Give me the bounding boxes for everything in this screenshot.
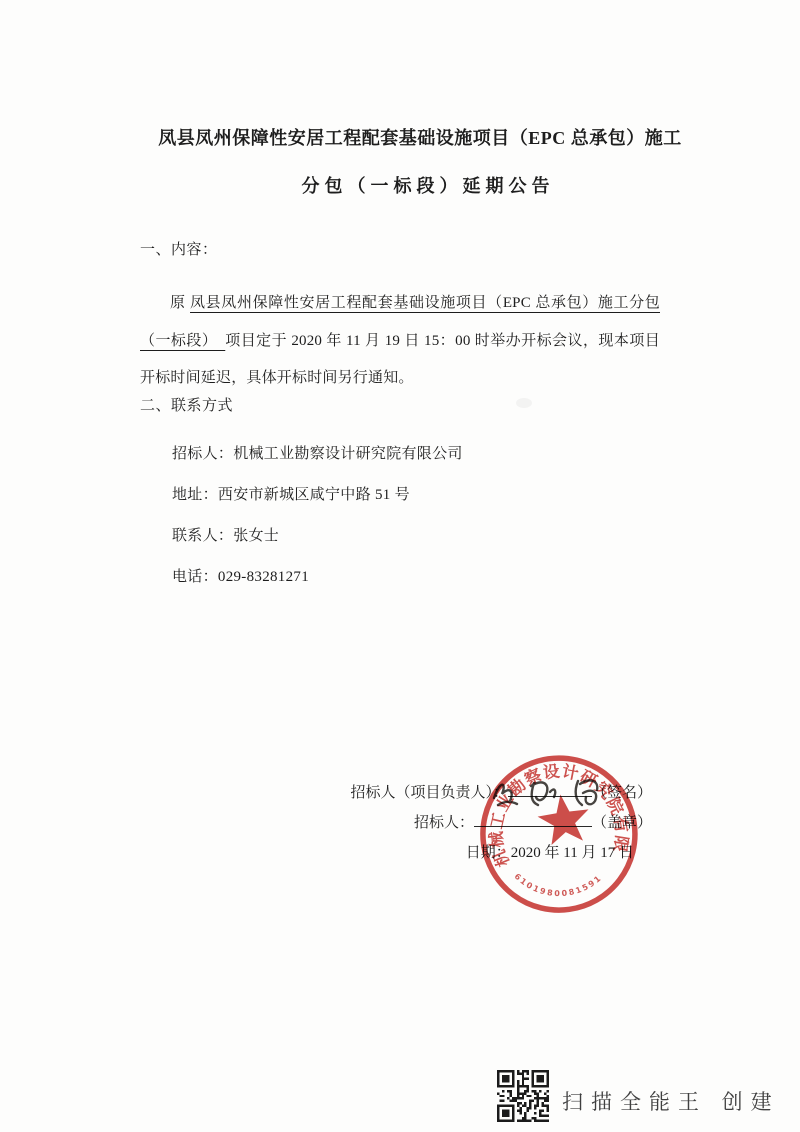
contact-line-bidder: 招标人：机械工业勘察设计研究院有限公司 [172, 432, 463, 473]
contact-block: 招标人：机械工业勘察设计研究院有限公司 地址：西安市新城区咸宁中路 51 号 联… [172, 432, 463, 596]
contact-line-address: 地址：西安市新城区咸宁中路 51 号 [172, 473, 463, 514]
contact-line-person: 联系人：张女士 [172, 514, 463, 555]
document-page: 凤县凤州保障性安居工程配套基础设施项目（EPC 总承包）施工 分包（一标段）延期… [0, 0, 800, 1132]
body-paragraph: 原 凤县凤州保障性安居工程配套基础设施项目（EPC 总承包）施工分包（一标段） … [140, 285, 660, 398]
seal-serial-number: 6101980081591 [512, 860, 606, 905]
contact-line-phone: 电话：029-83281271 [172, 555, 463, 596]
section-heading-contact: 二、联系方式 [140, 394, 233, 415]
scan-smudge [516, 398, 532, 408]
paragraph-prefix: 原 [170, 295, 190, 311]
document-title-line1: 凤县凤州保障性安居工程配套基础设施项目（EPC 总承包）施工 [40, 124, 800, 150]
camscanner-watermark: 扫描全能王 创建 [562, 1086, 780, 1116]
official-seal: 机械工业勘察设计研究院有限公司 6101980081591 [432, 707, 686, 961]
handwritten-signature [486, 770, 616, 812]
document-title-line2: 分包（一标段）延期公告 [56, 172, 800, 198]
qr-code [497, 1070, 549, 1122]
section-heading-content: 一、内容： [140, 238, 218, 259]
